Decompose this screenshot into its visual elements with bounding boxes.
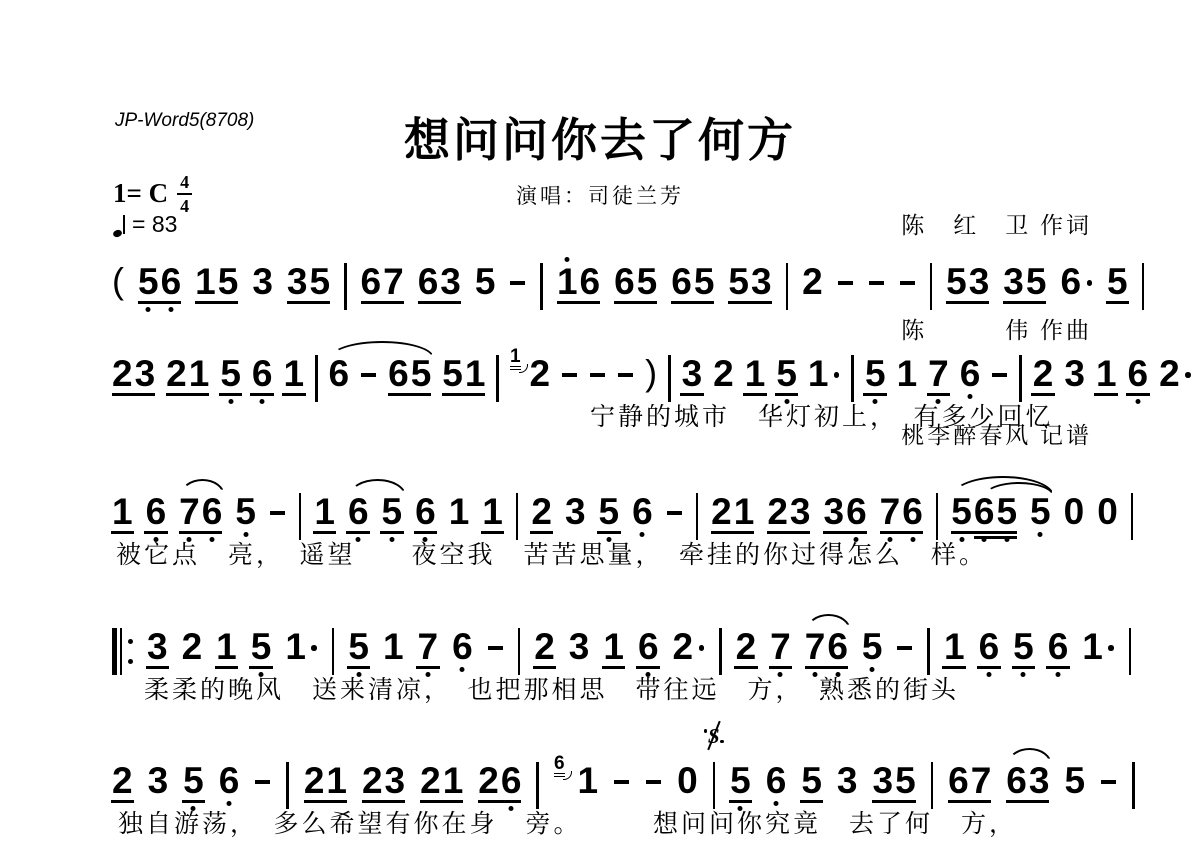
note: 6 [219,765,240,797]
note: 1 [734,496,755,528]
sheet-music-page: { "header": { "watermark": "JP-Word5(870… [0,0,1200,850]
beam-group: 56 [138,266,181,298]
note: 6 [632,496,653,528]
note: 6 [452,631,473,663]
beam-line [287,301,330,304]
underline [1106,301,1130,304]
note: 6 [1128,358,1149,390]
note: 5 [1064,765,1085,797]
underline [1012,666,1036,669]
octave-dot-high [565,257,570,262]
octave-dot-low [356,672,361,677]
note: 2 [182,631,203,663]
dash-line [645,765,662,797]
beam-group: 565 [951,496,1017,528]
repeat-start-sign [112,628,133,675]
beam-line [420,800,463,803]
beam-group: 21 [304,765,347,797]
beam-line [195,301,238,304]
augmentation-dot [1087,280,1093,286]
octave-dot-low [146,307,151,312]
underline [380,531,404,534]
note: 7 [928,358,949,390]
note: 1 [189,358,210,390]
note: 5 [730,765,751,797]
note: 2 [166,358,187,390]
note: 6 [252,358,273,390]
note: 7 [971,765,992,797]
note: 7 [179,496,200,528]
note: 5 [1107,266,1128,298]
octave-dot-low [243,532,248,537]
octave-dot-low [986,672,991,677]
note: 2 [1033,358,1054,390]
octave-dot-low [389,537,394,542]
beam-group: 35 [287,266,330,298]
barline [516,493,519,540]
note: 5 [382,496,403,528]
segno-icon: S [706,722,722,750]
note: 6 [948,765,969,797]
rest-note: 0 [1064,496,1085,528]
underline [863,393,887,396]
beam-line [728,301,771,304]
octave-dot-low [606,537,611,542]
beam-line [951,531,1017,534]
beam-line [614,301,657,304]
beam-line [112,393,155,396]
octave-dot-low [646,672,651,677]
note: 6 [415,496,436,528]
underline [597,531,621,534]
dash-line [837,266,854,298]
note: 6 [348,496,369,528]
octave-dot-low [936,399,941,404]
note: 2 [362,765,383,797]
barline [286,762,289,809]
barline [518,628,521,675]
note: 5 [411,358,432,390]
underline [1046,666,1070,669]
note: 5 [865,358,886,390]
barline [332,628,335,675]
note: 2 [304,765,325,797]
note: 1 [283,358,304,390]
beam-group: 26 [478,765,521,797]
barline [1019,355,1022,402]
beam-group: 21 [166,358,209,390]
note: 3 [1064,358,1085,390]
note: 1 [216,631,237,663]
parenthesis: ) [645,356,657,390]
note: 1 [745,358,766,390]
barline: S [713,762,716,809]
underline [977,666,1001,669]
beam-group: 65 [671,266,714,298]
barline [1129,628,1132,675]
note: 7 [418,631,439,663]
octave-dot-low [168,307,173,312]
note: 5 [599,496,620,528]
note: 5 [475,266,496,298]
note: 6 [580,266,601,298]
beam-line [880,531,923,534]
underline [215,666,239,669]
beam-line [946,301,989,304]
beam-line [362,800,405,803]
barline [927,628,930,675]
barline [786,263,789,310]
note: 7 [383,266,404,298]
slur-arc [1007,748,1052,765]
slur-arc [806,614,851,631]
beam-line [872,800,915,803]
music-line-5: 235621232126610S56533567635独自游荡， 多么希望有你在… [112,765,1097,840]
note: 5 [694,266,715,298]
beam-group: 65 [614,266,657,298]
note: 2 [531,496,552,528]
music-line-2: 23215616655112)32151517623162宁静的城市 华灯初上，… [112,358,1097,433]
note: 1 [465,358,486,390]
beam-group: 23 [767,496,810,528]
dash-line [561,358,578,390]
beam-group: 15 [195,266,238,298]
note: 6 [1006,765,1027,797]
note: 1 [897,358,918,390]
parenthesis: ( [112,264,124,298]
octave-dot-low [784,399,789,404]
note: 3 [565,496,586,528]
note: 1 [808,358,829,390]
music-line-3: 16765165611235621233676565500被它点 亮， 遥望 夜… [112,496,1097,571]
octave-dot-low [887,537,892,542]
beam-line [948,800,991,803]
note: 5 [946,266,967,298]
octave-dot-low [1021,672,1026,677]
beam-group: 63 [1006,765,1049,797]
note: 5 [951,496,972,528]
note: 6 [827,631,848,663]
octave-dot-low [259,672,264,677]
note: 6 [202,496,223,528]
octave-dot-low [738,806,743,811]
grace-note: 1 [510,348,521,370]
beam-line [805,666,848,669]
augmentation-dot [1108,645,1114,651]
note: 5 [1013,631,1034,663]
dash-line [269,496,286,528]
note: 1 [557,266,578,298]
octave-dot-low [187,537,192,542]
octave-dot-low [640,532,645,537]
beam-line [671,301,714,304]
augmentation-dot [699,645,705,651]
barline [936,493,939,540]
beam-line [557,301,600,304]
note: 2 [478,765,499,797]
note: 6 [161,266,182,298]
note: 6 [846,496,867,528]
beam-line [1003,301,1046,304]
barline [540,263,543,310]
underline [111,800,135,803]
beam-line [166,393,209,396]
beam-line [442,393,485,396]
note: 5 [801,765,822,797]
note: 6 [1048,631,1069,663]
dash-line [991,358,1008,390]
beam-group: 67 [361,266,404,298]
dash-line [360,358,377,390]
note: 3 [385,765,406,797]
beam-group: 16 [557,266,600,298]
octave-dot-low [835,672,840,677]
underline [182,800,206,803]
beam-line [388,393,431,396]
underline [481,531,505,534]
note: 1 [383,631,404,663]
note: 5 [309,266,330,298]
octave-dot-low [210,537,215,542]
slur-arc [349,479,406,496]
underline [602,666,626,669]
notes-row: 16765165611235621233676565500 [112,496,1097,528]
beam-line [974,536,1017,539]
beam-line [823,531,866,534]
underline [734,666,758,669]
note: 6 [974,496,995,528]
underline [144,531,168,534]
underline [1094,393,1118,396]
underline [111,531,135,534]
note: 3 [147,631,168,663]
beam-line [478,800,521,803]
underline [347,666,371,669]
augmentation-dot [311,645,317,651]
beam-group: 51 [442,358,485,390]
note: 1 [1096,358,1117,390]
note: 2 [802,266,823,298]
beam-group: 53 [728,266,771,298]
beam-group: 36 [823,496,866,528]
octave-dot-low [423,537,428,542]
beam-line [304,800,347,803]
augmentation-dot [834,372,840,378]
beam-line [138,301,181,304]
music-line-4: 321515176231622776516561柔柔的晚风 送来清凉， 也把那相… [112,631,1097,706]
underline [219,393,243,396]
dash-line [617,358,634,390]
beam-line [361,301,404,304]
note: 1 [449,496,470,528]
note: 1 [482,496,503,528]
note: 2 [673,631,694,663]
octave-dot-low [460,667,465,672]
note: 2 [534,631,555,663]
notes-row: (561533567635166565532533565 [112,266,1097,298]
barline [496,355,499,402]
beam-line [1006,800,1049,803]
note: 3 [682,358,703,390]
note: 7 [880,496,901,528]
note: 3 [837,765,858,797]
note: 2 [420,765,441,797]
note: 5 [220,358,241,390]
note: 1 [195,266,216,298]
note: 3 [1003,266,1024,298]
augmentation-dot [1185,372,1191,378]
beam-group: 21 [420,765,463,797]
note: 2 [711,496,732,528]
barline [1131,493,1134,540]
lyrics-line-3: 被它点 亮， 遥望 夜空我 苦苦思量， 牵挂的你过得怎么 样。 [112,541,1097,571]
note: 1 [314,496,335,528]
dash-line [254,765,271,797]
note: 1 [1082,631,1103,663]
note: 5 [862,631,883,663]
lyrics-line-2: 宁静的城市 华灯初上， 有多少回忆 [112,403,1097,433]
note: 2 [530,358,551,390]
note: 5 [138,266,159,298]
note: 3 [569,631,590,663]
rest-note: 0 [1097,496,1118,528]
note: 3 [252,266,273,298]
note: 2 [736,631,757,663]
grace-note: 6 [554,755,565,777]
octave-dot-low [1135,399,1140,404]
note: 1 [443,765,464,797]
beam-group: 23 [112,358,155,390]
note: 5 [218,266,239,298]
beam-group: 35 [1003,266,1046,298]
octave-dot-low [509,806,514,811]
slur-arc [180,479,225,496]
octave-dot-low [910,537,915,542]
beam-line [418,301,461,304]
lyrics-line-4: 柔柔的晚风 送来清凉， 也把那相思 带往远 方， 熟悉的街头 [112,676,1097,706]
note: 5 [183,765,204,797]
note: 2 [1159,358,1180,390]
underline [250,393,274,396]
barline [668,355,671,402]
underline [416,666,440,669]
beam-line [767,531,810,534]
dash-line [899,266,916,298]
octave-dot-low [873,399,878,404]
note: 5 [235,496,256,528]
underline [282,393,306,396]
octave-dot-low [1038,532,1043,537]
octave-dot-low [813,672,818,677]
note: 6 [1060,266,1081,298]
note: 5 [895,765,916,797]
barline [719,628,722,675]
note: 5 [348,631,369,663]
note: 5 [996,496,1017,528]
note: 1 [603,631,624,663]
octave-dot-low [968,394,973,399]
octave-dot-low [870,667,875,672]
barline [299,493,302,540]
note: 6 [146,496,167,528]
note: 3 [440,266,461,298]
barline [930,263,933,310]
note: 3 [1029,765,1050,797]
underline [680,393,704,396]
score: (561533567635166565532533565232156166551… [0,0,1200,850]
note: 5 [637,266,658,298]
note: 3 [287,266,308,298]
underline [927,393,951,396]
note: 6 [960,358,981,390]
note: 1 [112,496,133,528]
beam-line [711,531,754,534]
underline [346,531,370,534]
octave-dot-low [191,806,196,811]
note: 2 [767,496,788,528]
note: 6 [418,266,439,298]
dash-line [613,765,630,797]
dash-line [666,496,683,528]
notes-row: 235621232126610S56533567635 [112,765,1097,797]
underline [775,393,799,396]
dash-line [1100,765,1117,797]
underline [249,666,273,669]
note: 1 [578,765,599,797]
note: 3 [148,765,169,797]
note: 1 [944,631,965,663]
octave-dot-low [153,537,158,542]
note: 6 [671,266,692,298]
beam-group: 35 [872,765,915,797]
note: 5 [728,266,749,298]
barline [851,355,854,402]
note: 3 [751,266,772,298]
notes-row: 321515176231622776516561 [112,631,1097,663]
notes-row: 23215616655112)32151517623162 [112,358,1097,390]
beam-line [179,531,222,534]
note: 6 [638,631,659,663]
barline [536,762,539,809]
underline [743,393,767,396]
note: 6 [361,266,382,298]
note: 3 [790,496,811,528]
note: 3 [969,266,990,298]
octave-dot-low [959,537,964,542]
beam-group: 21 [711,496,754,528]
barline [315,355,318,402]
note: 1 [285,631,306,663]
barline [931,762,934,809]
note: 6 [766,765,787,797]
beam-group: 76 [805,631,848,663]
note: 2 [713,358,734,390]
barline [1132,762,1135,809]
note: 6 [979,631,1000,663]
beam-group: 63 [418,266,461,298]
underline [533,666,557,669]
dash-line [487,631,504,663]
underline [769,666,793,669]
underline [942,666,966,669]
note: 1 [326,765,347,797]
note: 3 [872,765,893,797]
note: 6 [902,496,923,528]
underline [530,531,554,534]
beam-group: 76 [880,496,923,528]
octave-dot-low [1056,672,1061,677]
octave-dot-low [854,537,859,542]
